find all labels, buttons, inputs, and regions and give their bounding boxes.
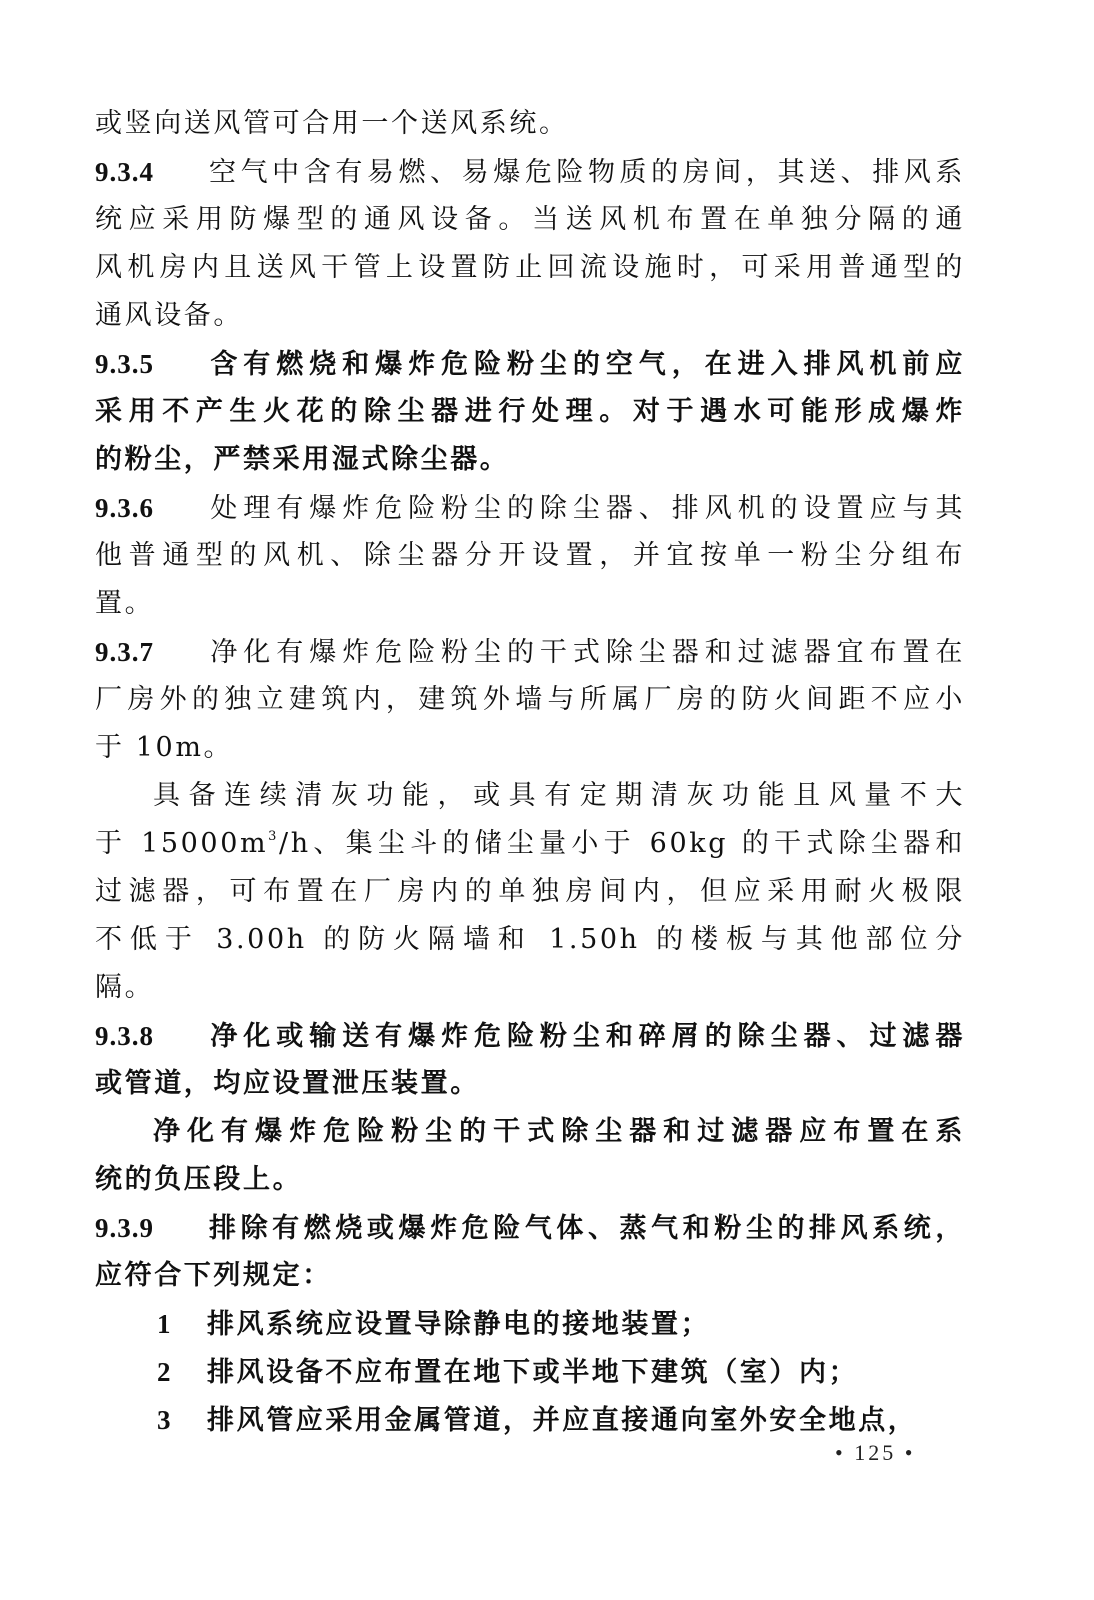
line-text: 排风管应采用金属管道，并应直接通向室外安全地点，: [207, 1405, 917, 1436]
line-text: 他普通型的风机、除尘器分开设置，并宜按单一粉尘分组布: [95, 540, 965, 571]
line-text: 净化或输送有爆炸危险粉尘和碎屑的除尘器、过滤器: [207, 1021, 965, 1052]
text-line: 的粉尘，严禁采用湿式除尘器。: [95, 436, 965, 484]
line-text: 处理有爆炸危险粉尘的除尘器、排风机的设置应与其: [207, 493, 965, 524]
line-text: 的粉尘，严禁采用湿式除尘器。: [95, 444, 509, 475]
text-line: 或竖向送风管可合用一个送风系统。: [95, 100, 965, 148]
text-line: 具备连续清灰功能，或具有定期清灰功能且风量不大: [95, 772, 965, 820]
superscript: 3: [268, 829, 279, 844]
line-text: 排风系统应设置导除静电的接地装置；: [207, 1309, 710, 1340]
clause-number: 9.3.6: [95, 484, 207, 532]
line-text: 统的负压段上。: [95, 1164, 302, 1195]
text-line: 过滤器，可布置在厂房内的单独房间内，但应采用耐火极限: [95, 868, 965, 916]
line-text: 或竖向送风管可合用一个送风系统。: [95, 108, 569, 139]
clause-line: 9.3.9排除有燃烧或爆炸危险气体、蒸气和粉尘的排风系统，: [95, 1204, 965, 1252]
page-number: • 125 •: [835, 1440, 915, 1466]
text-line: 通风设备。: [95, 292, 965, 340]
line-text: 厂房外的独立建筑内，建筑外墙与所属厂房的防火间距不应小: [95, 684, 965, 715]
line-text: 应符合下列规定：: [95, 1260, 332, 1291]
line-text: 采用不产生火花的除尘器进行处理。对于遇水可能形成爆炸: [95, 396, 965, 427]
clause-number: 9.3.5: [95, 340, 207, 388]
item-number: 1: [157, 1300, 207, 1348]
text-line: 统应采用防爆型的通风设备。当送风机布置在单独分隔的通: [95, 196, 965, 244]
line-text: 空气中含有易燃、易爆危险物质的房间，其送、排风系: [207, 157, 965, 188]
line-text: 不低于 3.00h 的防火隔墙和 1.50h 的楼板与其他部位分: [95, 924, 965, 955]
line-text: 具备连续清灰功能，或具有定期清灰功能且风量不大: [153, 780, 965, 811]
line-text: 通风设备。: [95, 300, 243, 331]
text-line: 不低于 3.00h 的防火隔墙和 1.50h 的楼板与其他部位分: [95, 916, 965, 964]
text-line: 采用不产生火花的除尘器进行处理。对于遇水可能形成爆炸: [95, 388, 965, 436]
list-item: 1排风系统应设置导除静电的接地装置；: [95, 1300, 965, 1348]
line-text: 于 10m。: [95, 732, 233, 763]
document-page: 或竖向送风管可合用一个送风系统。9.3.4空气中含有易燃、易爆危险物质的房间，其…: [95, 100, 965, 1444]
text-line: 净化有爆炸危险粉尘的干式除尘器和过滤器应布置在系: [95, 1108, 965, 1156]
clause-line: 9.3.7净化有爆炸危险粉尘的干式除尘器和过滤器宜布置在: [95, 628, 965, 676]
text-line: 风机房内且送风干管上设置防止回流设施时，可采用普通型的: [95, 244, 965, 292]
clause-line: 9.3.6处理有爆炸危险粉尘的除尘器、排风机的设置应与其: [95, 484, 965, 532]
clause-line: 9.3.4空气中含有易燃、易爆危险物质的房间，其送、排风系: [95, 148, 965, 196]
line-text: 过滤器，可布置在厂房内的单独房间内，但应采用耐火极限: [95, 876, 965, 907]
list-item: 3排风管应采用金属管道，并应直接通向室外安全地点，: [95, 1396, 965, 1444]
text-line: 他普通型的风机、除尘器分开设置，并宜按单一粉尘分组布: [95, 532, 965, 580]
line-text: 于 15000m3/h、集尘斗的储尘量小于 60kg 的干式除尘器和: [95, 828, 965, 859]
line-text: 排除有燃烧或爆炸危险气体、蒸气和粉尘的排风系统，: [207, 1213, 965, 1244]
line-text: 排风设备不应布置在地下或半地下建筑（室）内；: [207, 1357, 858, 1388]
line-text: 净化有爆炸危险粉尘的干式除尘器和过滤器宜布置在: [207, 637, 965, 668]
clause-number: 9.3.8: [95, 1012, 207, 1060]
clause-line: 9.3.5含有燃烧和爆炸危险粉尘的空气，在进入排风机前应: [95, 340, 965, 388]
line-text: 含有燃烧和爆炸危险粉尘的空气，在进入排风机前应: [207, 349, 965, 380]
line-text: 或管道，均应设置泄压装置。: [95, 1068, 480, 1099]
text-line: 统的负压段上。: [95, 1156, 965, 1204]
line-text: 净化有爆炸危险粉尘的干式除尘器和过滤器应布置在系: [153, 1116, 965, 1147]
list-item: 2排风设备不应布置在地下或半地下建筑（室）内；: [95, 1348, 965, 1396]
clause-line: 9.3.8净化或输送有爆炸危险粉尘和碎屑的除尘器、过滤器: [95, 1012, 965, 1060]
text-line: 应符合下列规定：: [95, 1252, 965, 1300]
line-text: 隔。: [95, 972, 154, 1003]
item-number: 2: [157, 1348, 207, 1396]
text-line: 隔。: [95, 964, 965, 1012]
line-text: 统应采用防爆型的通风设备。当送风机布置在单独分隔的通: [95, 204, 965, 235]
line-text: 置。: [95, 588, 154, 619]
item-number: 3: [157, 1396, 207, 1444]
text-line: 于 10m。: [95, 724, 965, 772]
text-line: 或管道，均应设置泄压装置。: [95, 1060, 965, 1108]
clause-number: 9.3.4: [95, 148, 207, 196]
clause-number: 9.3.9: [95, 1204, 207, 1252]
text-line: 于 15000m3/h、集尘斗的储尘量小于 60kg 的干式除尘器和: [95, 820, 965, 868]
line-text: 风机房内且送风干管上设置防止回流设施时，可采用普通型的: [95, 252, 965, 283]
text-line: 置。: [95, 580, 965, 628]
clause-number: 9.3.7: [95, 628, 207, 676]
text-line: 厂房外的独立建筑内，建筑外墙与所属厂房的防火间距不应小: [95, 676, 965, 724]
